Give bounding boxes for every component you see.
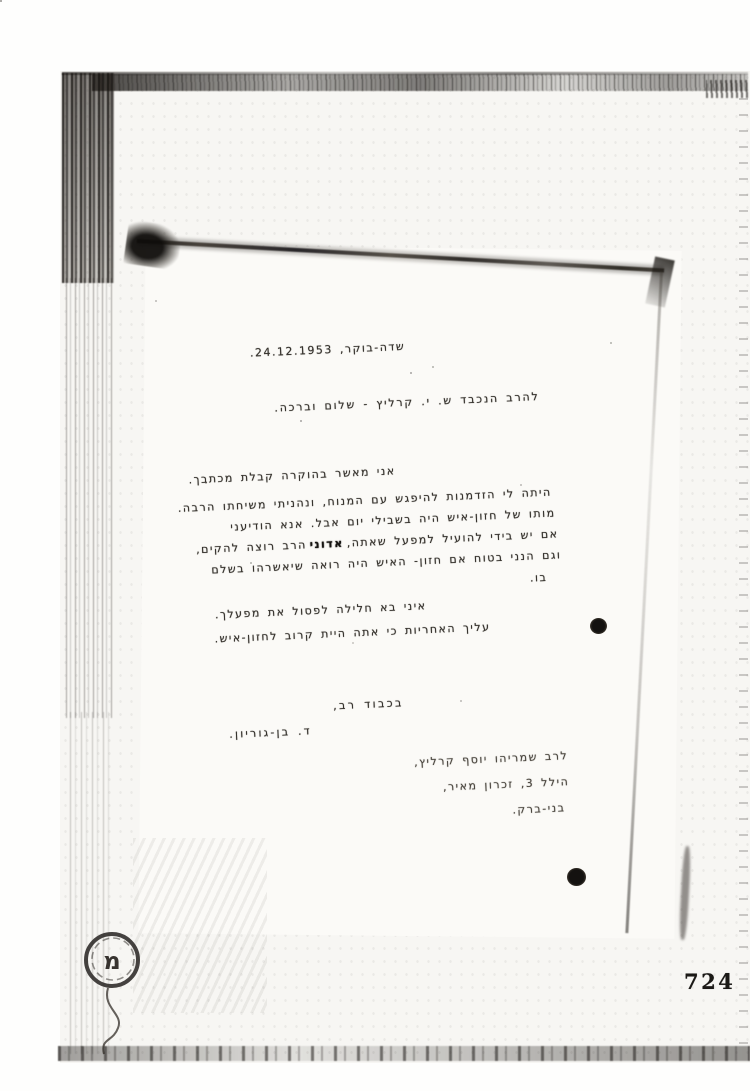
scan-noise-left-upper	[62, 73, 114, 283]
body-line: איני בא חלילה לפסול את מפעלך.	[215, 599, 427, 621]
body-line-segment: אם יש בידי להועיל למפעל שאתה,	[346, 527, 558, 549]
closing-line: בכבוד רב,	[333, 696, 404, 712]
circular-ink-stamp: מ	[78, 926, 168, 1058]
punch-hole-top	[590, 618, 607, 634]
ink-specks	[0, 0, 2, 2]
scan-noise-top-right-corner	[706, 80, 748, 98]
body-line-segment: הרב רוצה להקים,	[196, 538, 307, 556]
overstruck-word: אדוני	[309, 537, 344, 551]
page-number: 724	[684, 969, 735, 994]
body-line: בו.	[530, 571, 548, 585]
letter-text-block: שדה-בוקר, 24.12.1953. להרב הנכבד ש. י. ק…	[130, 225, 588, 903]
stamp-letter: מ	[103, 947, 120, 975]
address-line: בני-ברק.	[512, 801, 566, 816]
address-line: הילל 3, זכרון מאיר,	[443, 775, 570, 794]
scan-noise-top-band	[92, 74, 748, 91]
stamp-flourish	[103, 988, 119, 1054]
body-line: אני מאשר בהוקרה קבלת מכתבך.	[188, 464, 396, 486]
scan-noise-left-middle	[66, 278, 112, 718]
scanned-letter-page: { "letter": { "dateline": "שדה-בוקר, 24.…	[0, 0, 750, 1091]
salutation-line: להרב הנכבד ש. י. קרליץ - שלום וברכה.	[274, 390, 540, 415]
address-line: לרב שמריהו יוסף קרליץ,	[414, 749, 569, 769]
stamp-drawing: מ	[78, 926, 168, 1058]
dateline: שדה-בוקר, 24.12.1953.	[250, 340, 406, 360]
scan-noise-right-edge	[739, 84, 748, 1044]
body-line: עליך האחריות כי אתה היית קרוב לחזון-איש.	[214, 620, 490, 645]
signature-line: ד. בן-גוריון.	[229, 724, 312, 741]
